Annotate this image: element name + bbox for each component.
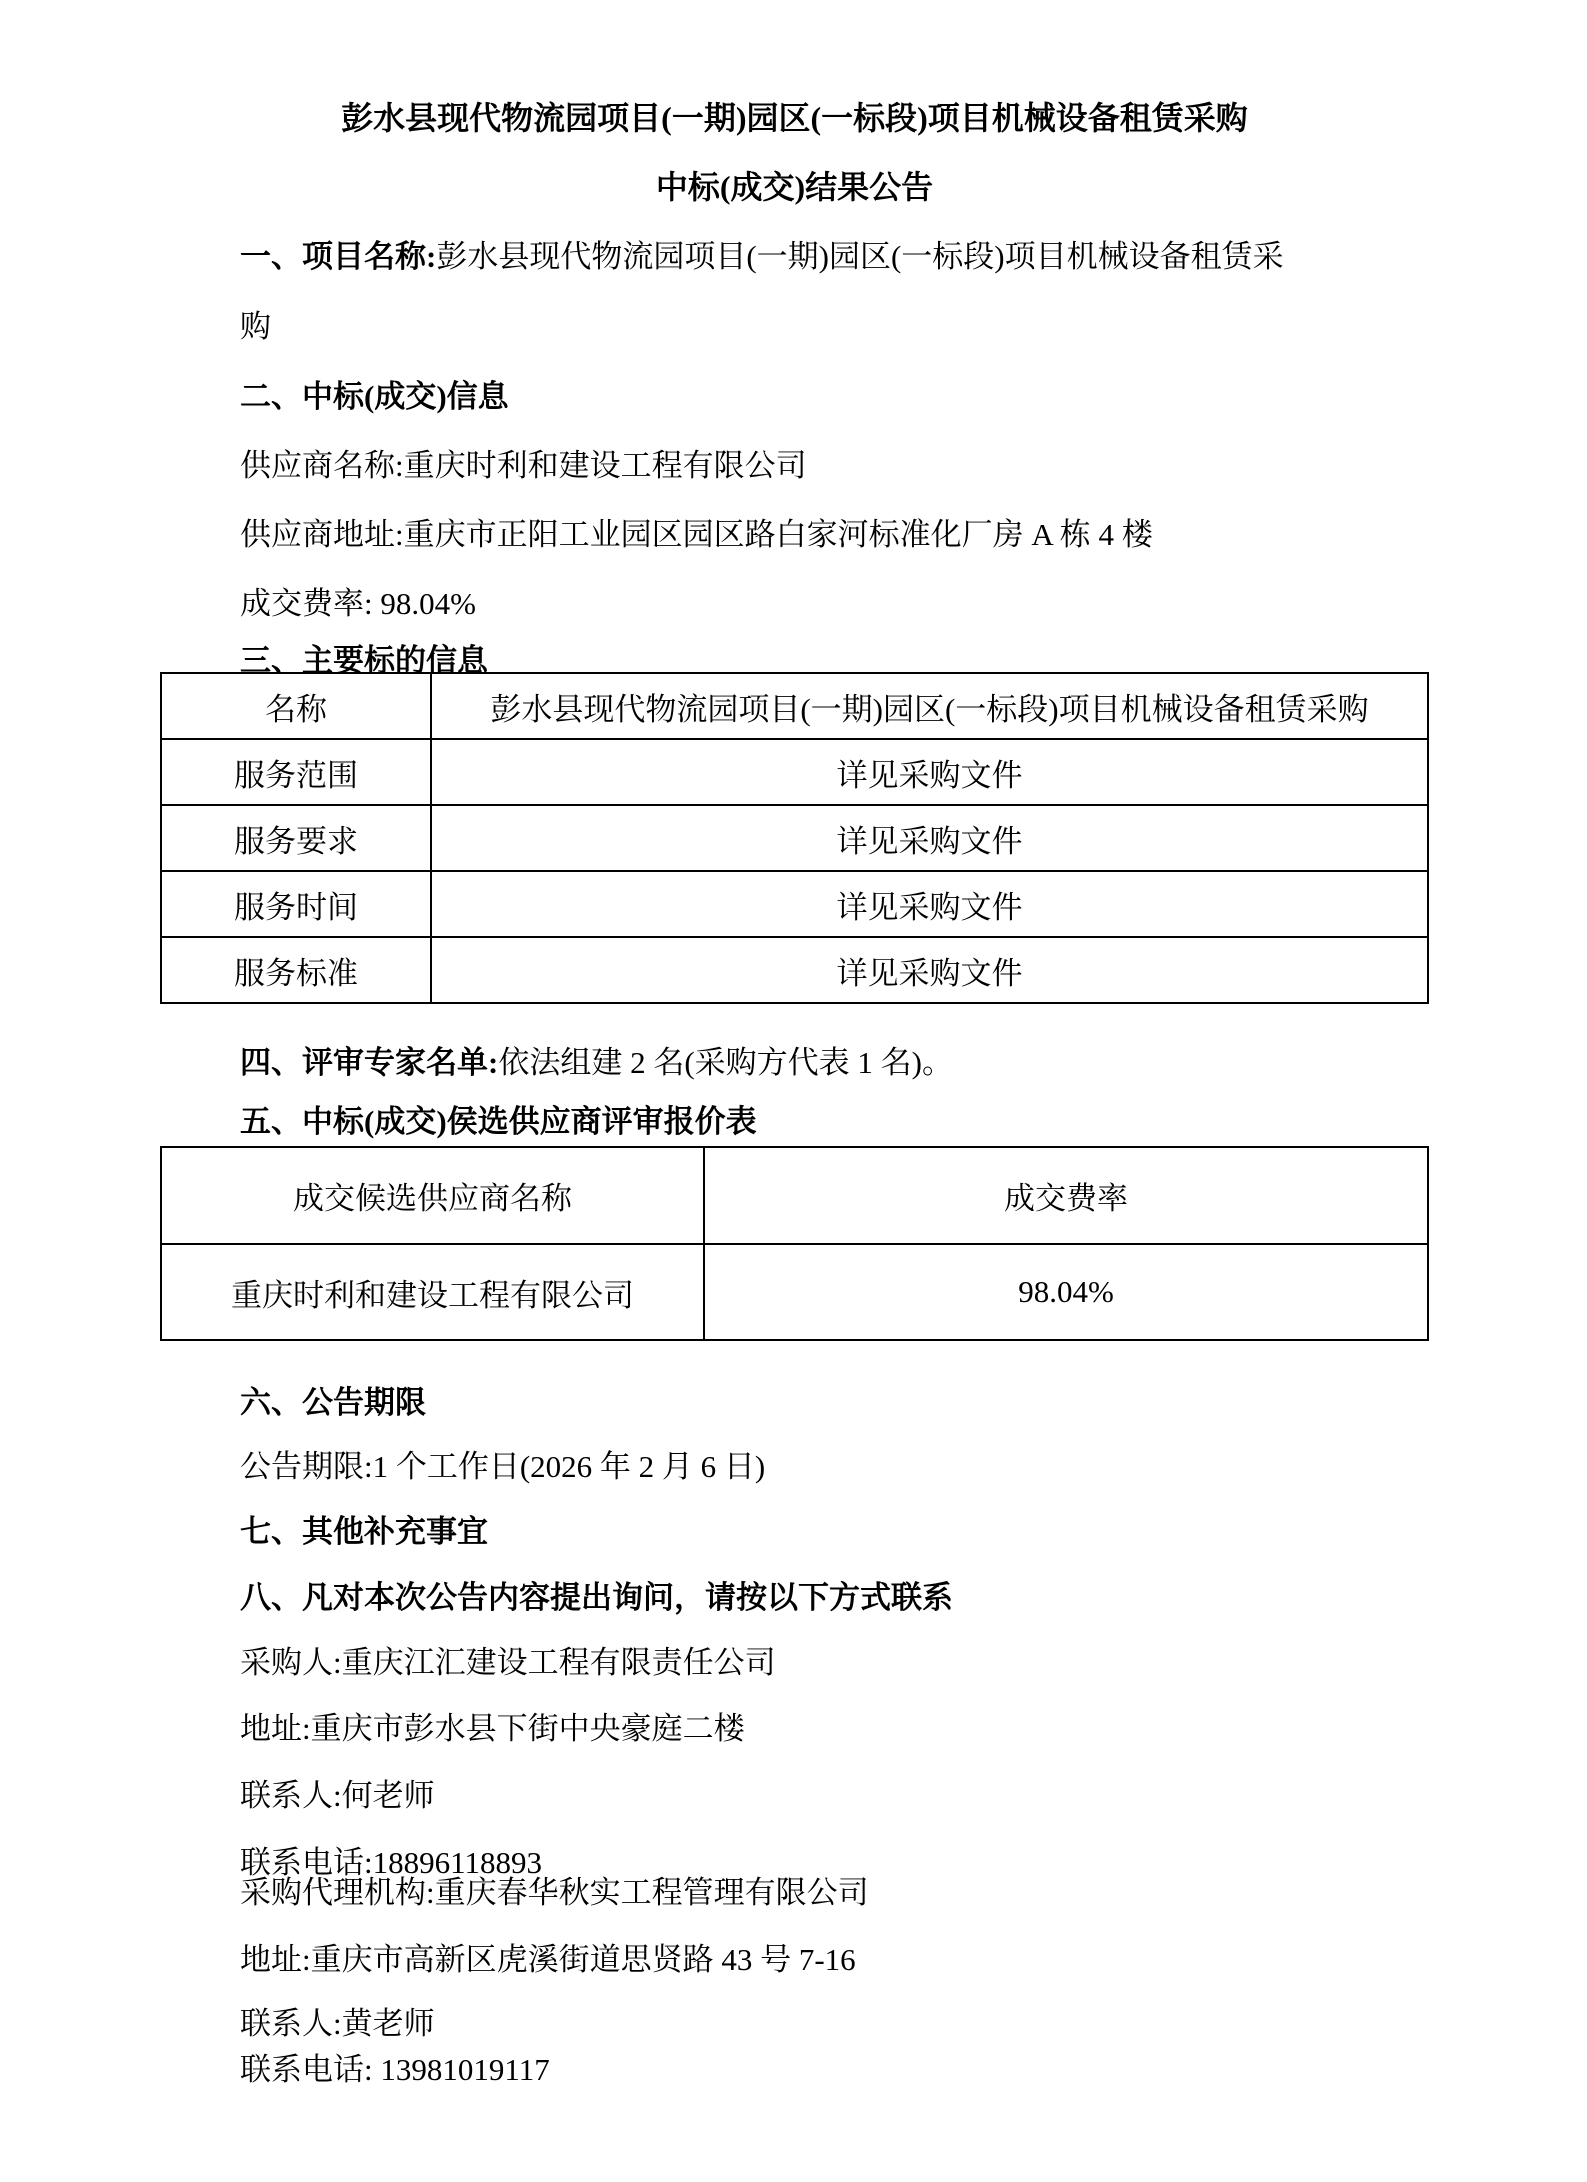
section1-label: 一、项目名称: bbox=[240, 239, 436, 274]
table-row: 服务时间 详见采购文件 bbox=[161, 871, 1428, 937]
row-label-cell: 服务要求 bbox=[161, 805, 431, 871]
table-row: 服务要求 详见采购文件 bbox=[161, 805, 1428, 871]
document-title-line2: 中标(成交)结果公告 bbox=[160, 169, 1429, 206]
row-label-cell: 服务范围 bbox=[161, 739, 431, 805]
section2-heading: 二、中标(成交)信息 bbox=[240, 379, 509, 415]
row-label-cell: 服务标准 bbox=[161, 937, 431, 1003]
section8-heading: 八、凡对本次公告内容提出询问，请按以下方式联系 bbox=[240, 1580, 953, 1616]
section4-expert-list-line: 四、评审专家名单:依法组建 2 名(采购方代表 1 名)。 bbox=[240, 1045, 953, 1081]
deal-rate-cell: 98.04% bbox=[704, 1244, 1428, 1340]
table-row: 服务范围 详见采购文件 bbox=[161, 739, 1428, 805]
agency-name-line: 采购代理机构:重庆春华秋实工程管理有限公司 bbox=[240, 1875, 869, 1911]
supplier-name-line: 供应商名称:重庆时利和建设工程有限公司 bbox=[240, 448, 807, 484]
table-row: 服务标准 详见采购文件 bbox=[161, 937, 1428, 1003]
header-deal-rate-cell: 成交费率 bbox=[704, 1147, 1428, 1244]
header-supplier-name-cell: 成交候选供应商名称 bbox=[161, 1147, 704, 1244]
purchaser-address-line: 地址:重庆市彭水县下街中央豪庭二楼 bbox=[240, 1711, 745, 1747]
row-value-cell: 详见采购文件 bbox=[431, 805, 1428, 871]
agency-phone-line: 联系电话: 13981019117 bbox=[240, 2052, 550, 2088]
purchaser-name-line: 采购人:重庆江汇建设工程有限责任公司 bbox=[240, 1645, 776, 1681]
section4-label: 四、评审专家名单: bbox=[240, 1045, 498, 1080]
main-subject-info-table: 名称 彭水县现代物流园项目(一期)园区(一标段)项目机械设备租赁采购 服务范围 … bbox=[160, 672, 1429, 1004]
purchaser-contact-line: 联系人:何老师 bbox=[240, 1778, 435, 1814]
table-header-row: 成交候选供应商名称 成交费率 bbox=[161, 1147, 1428, 1244]
table-row: 重庆时利和建设工程有限公司 98.04% bbox=[161, 1244, 1428, 1340]
section7-heading: 七、其他补充事宜 bbox=[240, 1514, 488, 1550]
notice-period-line: 公告期限:1 个工作日(2026 年 2 月 6 日) bbox=[240, 1449, 765, 1485]
section1-project-name-line: 一、项目名称:彭水县现代物流园项目(一期)园区(一标段)项目机械设备租赁采 bbox=[240, 239, 1284, 275]
row-value-cell: 详见采购文件 bbox=[431, 739, 1428, 805]
table-row: 名称 彭水县现代物流园项目(一期)园区(一标段)项目机械设备租赁采购 bbox=[161, 673, 1428, 739]
section4-text: 依法组建 2 名(采购方代表 1 名)。 bbox=[498, 1045, 953, 1080]
section6-heading: 六、公告期限 bbox=[240, 1385, 426, 1421]
row-value-cell: 彭水县现代物流园项目(一期)园区(一标段)项目机械设备租赁采购 bbox=[431, 673, 1428, 739]
row-value-cell: 详见采购文件 bbox=[431, 871, 1428, 937]
document-title-line1: 彭水县现代物流园项目(一期)园区(一标段)项目机械设备租赁采购 bbox=[160, 100, 1429, 137]
agency-contact-line: 联系人:黄老师 bbox=[240, 2006, 435, 2042]
announcement-document-page: 彭水县现代物流园项目(一期)园区(一标段)项目机械设备租赁采购 中标(成交)结果… bbox=[0, 0, 1587, 2182]
candidate-supplier-quote-table: 成交候选供应商名称 成交费率 重庆时利和建设工程有限公司 98.04% bbox=[160, 1146, 1429, 1341]
row-label-cell: 服务时间 bbox=[161, 871, 431, 937]
supplier-name-cell: 重庆时利和建设工程有限公司 bbox=[161, 1244, 704, 1340]
row-label-cell: 名称 bbox=[161, 673, 431, 739]
row-value-cell: 详见采购文件 bbox=[431, 937, 1428, 1003]
agency-address-line: 地址:重庆市高新区虎溪街道思贤路 43 号 7-16 bbox=[240, 1942, 856, 1978]
section1-wrap-line: 购 bbox=[240, 309, 271, 345]
deal-rate-line: 成交费率: 98.04% bbox=[240, 586, 476, 622]
section5-heading: 五、中标(成交)侯选供应商评审报价表 bbox=[240, 1104, 757, 1140]
supplier-address-line: 供应商地址:重庆市正阳工业园区园区路白家河标准化厂房 A 栋 4 楼 bbox=[240, 517, 1153, 553]
section1-text: 彭水县现代物流园项目(一期)园区(一标段)项目机械设备租赁采 bbox=[436, 239, 1283, 274]
